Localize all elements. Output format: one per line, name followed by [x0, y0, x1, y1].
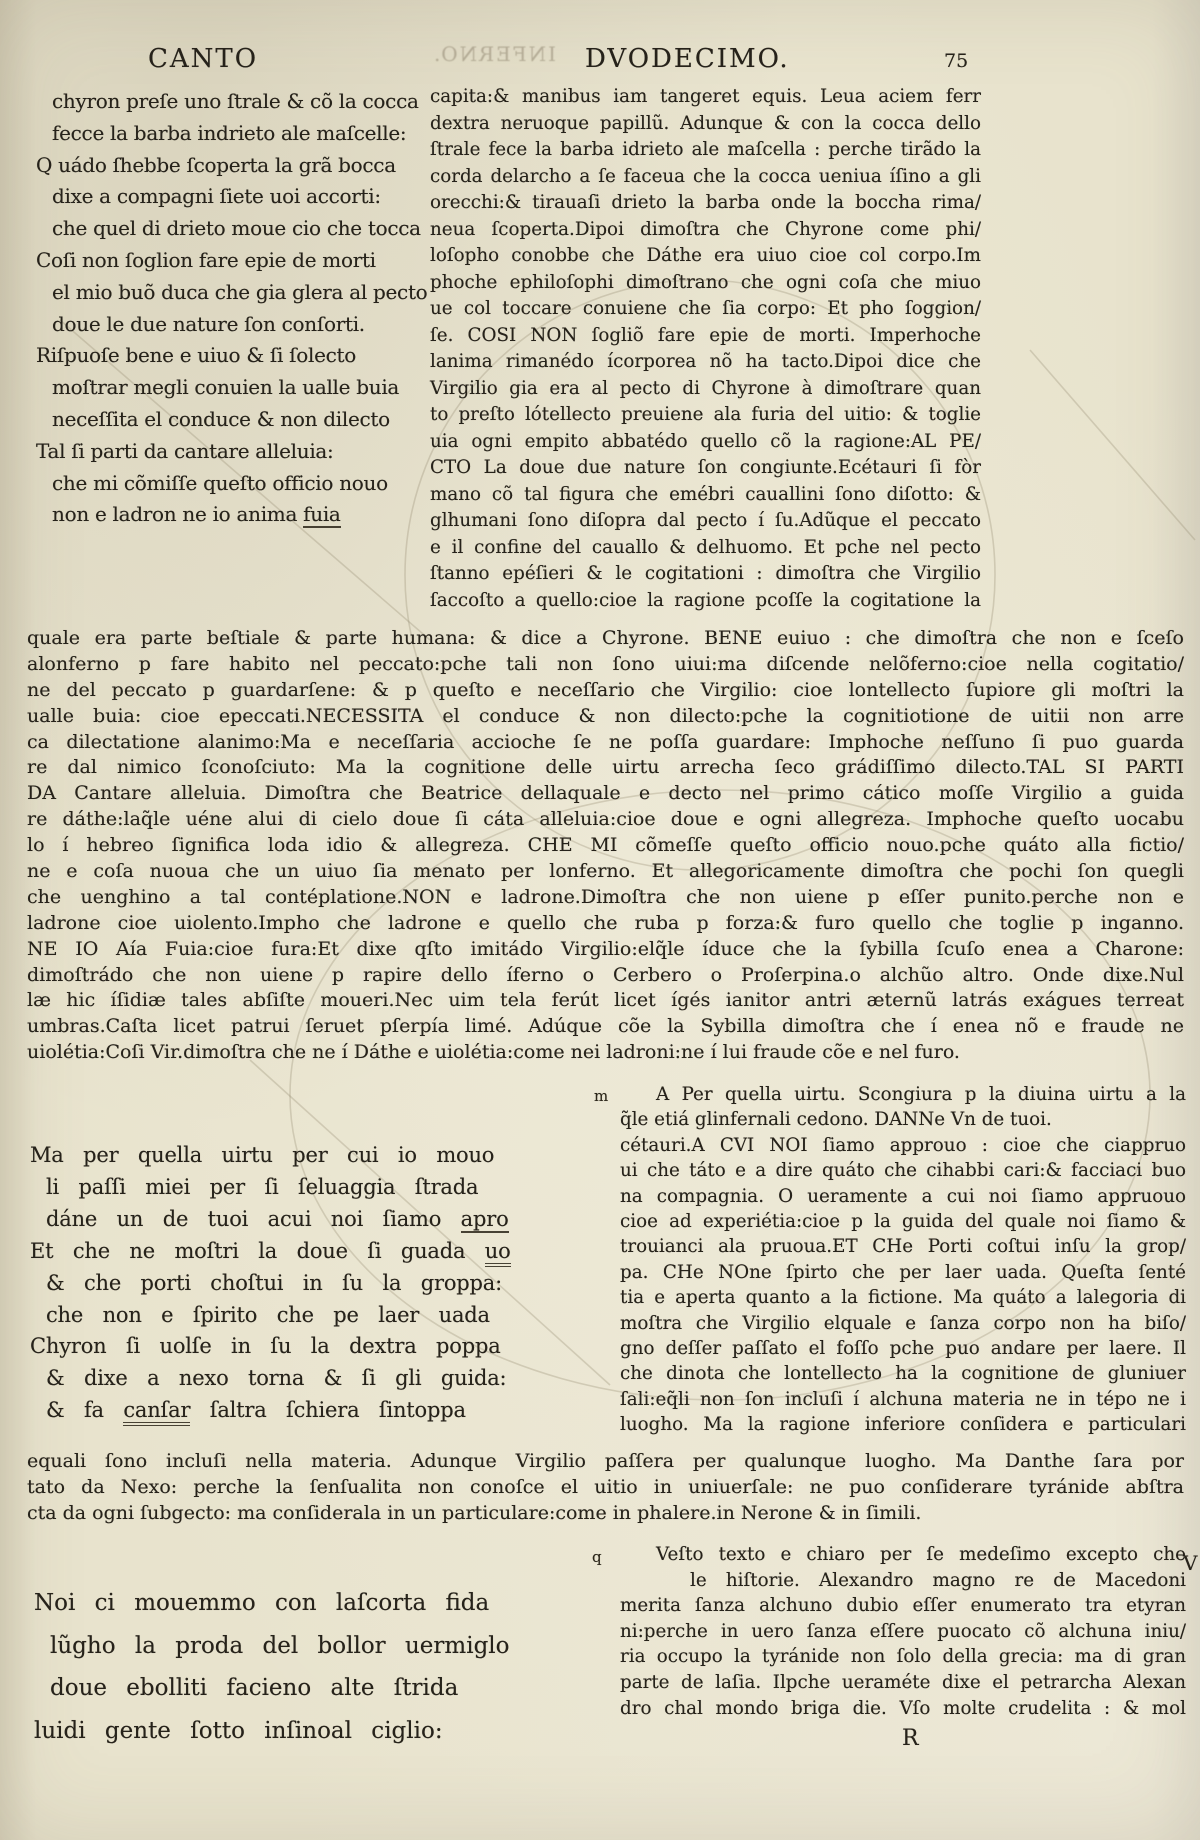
text-line: capita:& manibus iam tangeret equis. Leu…: [430, 84, 981, 111]
text-line: cta da ogni ſubgecto: ma conſiderala in …: [27, 1501, 1184, 1527]
text-line: moſtra che Virgilio elquale e ſanza corp…: [620, 1311, 1186, 1336]
text-line: che non e ſpirito che pe laer uada: [30, 1300, 511, 1332]
text-line: che dinota che lontellecto ha la cogniti…: [620, 1361, 1186, 1386]
text-line: fecce la barba indrieto ale maſcelle:: [36, 118, 427, 150]
text-line: ſaccoſto a quello:cioe la ragione pcoſſe…: [430, 588, 981, 615]
text-line: ladrone cioe uiolento.Impho che ladrone …: [27, 911, 1184, 937]
verse-column-top: chyron preſe uno ſtrale & cõ la coccafec…: [36, 86, 427, 531]
text-line: le hiſtorie. Alexandro magno re de Maced…: [620, 1568, 1186, 1594]
text-line: dimoſtrádo che non uiene p rapire dello …: [27, 963, 1184, 989]
text-line: uia ogni empito abbatédo quello cõ la ra…: [430, 429, 981, 456]
text-line: ue col toccare conuiene che ſia corpo: E…: [430, 296, 981, 323]
underlined-word: fuia: [303, 502, 340, 528]
text-line: cétauri.A CVI NOI ſiamo approuo : cioe c…: [620, 1133, 1186, 1158]
text-line: DA Cantare alleluia. Dimoſtra che Beatri…: [27, 781, 1184, 807]
text-line: lo í hebreo ſignifica loda idio & allegr…: [27, 833, 1184, 859]
text-line: doue ebolliti facieno alte ſtrida: [34, 1667, 510, 1710]
page-number: 75: [944, 50, 968, 72]
text-line: ne del peccato p guardarſene: & p queſto…: [27, 678, 1184, 704]
text-line: corda delarcho a ſe faceua che la cocca …: [430, 164, 981, 191]
running-header-canto: CANTO: [148, 44, 258, 74]
text-line: non e ladron ne io anima fuia: [36, 499, 427, 531]
underlined-word: canſar: [123, 1398, 190, 1426]
text-line: Chyron ſi uolſe in ſu la dextra poppa: [30, 1331, 511, 1363]
text-line: cioe ad experiétia:cioe p la guida del q…: [620, 1209, 1186, 1234]
text-line: & dixe a nexo torna & ſi gli guida:: [30, 1363, 511, 1395]
text-line: phoche ephiloſophi dimoſtrano che ogni c…: [430, 270, 981, 297]
text-line: Et che ne moſtri la doue ſi guada uo: [30, 1236, 511, 1268]
text-line: che quel di drieto moue cio che tocca: [36, 213, 427, 245]
text-line: el mio buõ duca che gia glera al pecto: [36, 277, 427, 309]
text-line: ſe. COSI NON ſogliõ fare epie de morti. …: [430, 323, 981, 350]
text-line: chyron preſe uno ſtrale & cõ la cocca: [36, 86, 427, 118]
text-line: umbras.Caſta licet patrui ſeruet pſerpía…: [27, 1014, 1184, 1040]
incunabulum-page-scan: CANTO INFERNO. DVODECIMO. 75 chyron preſ…: [0, 0, 1200, 1840]
signature-mark-r: R: [902, 1726, 919, 1751]
bleedthrough-inferno-text: INFERNO.: [432, 42, 556, 66]
text-line: NE IO Aía Fuia:cioe fura:Et dixe qſto im…: [27, 937, 1184, 963]
text-line: merita ſanza alchuno dubio eſſer enumera…: [620, 1593, 1186, 1619]
commentary-column-bottom: Veſto texto e chiaro per ſe medeſimo exc…: [620, 1542, 1186, 1721]
text-line: mano cõ tal figura che emébri cauallini …: [430, 482, 981, 509]
text-line: & che porti choſtui in ſu la groppa:: [30, 1268, 511, 1300]
text-line: Riſpuoſe bene e uiuo & ſi ſolecto: [36, 340, 427, 372]
commentary-column-middle: A Per quella uirtu. Scongiura p la diuin…: [620, 1082, 1186, 1437]
text-line: orecchi:& tirauaſi drieto la barba onde …: [430, 190, 981, 217]
text-line: ne e coſa nuoua che un uiuo ſia menato p…: [27, 859, 1184, 885]
text-line: loſopho conobbe che Dáthe era uiuo cioe …: [430, 243, 981, 270]
text-line: trouianci ala pruoua.ET CHe Porti coſtui…: [620, 1234, 1186, 1259]
text-line: tato da Nexo: perche la ſenſualita non c…: [27, 1475, 1184, 1501]
text-line: gno deſſer paſſato el foſſo pche puo and…: [620, 1336, 1186, 1361]
text-line: quale era parte beſtiale & parte humana:…: [27, 626, 1184, 652]
text-line: tia e aperta quanto a la fictione. Ma qu…: [620, 1285, 1186, 1310]
text-line: dextra neruoque papillũ. Adunque & con l…: [430, 111, 981, 138]
text-line: Noi ci mouemmo con laſcorta fida: [34, 1582, 510, 1625]
underlined-word: uo: [485, 1239, 511, 1267]
text-line: q̃le etiá glinfernali cedono. DANNe Vn d…: [620, 1107, 1186, 1132]
text-line: Veſto texto e chiaro per ſe medeſimo exc…: [620, 1542, 1186, 1568]
verse-column-middle: Ma per quella uirtu per cui io mouoli pa…: [30, 1140, 511, 1427]
text-line: ſtanno epéſieri & le cogitationi : dimoſ…: [430, 561, 981, 588]
text-line: neceſſita el conduce & non dilecto: [36, 404, 427, 436]
gutter-letter-q: q: [592, 1548, 602, 1566]
text-line: neua ſcoperta.Dipoi dimoſtra che Chyrone…: [430, 217, 981, 244]
underlined-word: apro: [461, 1207, 509, 1233]
text-line: ſtrale fece la barba idrieto ale maſcell…: [430, 137, 981, 164]
text-line: luogho. Ma la ragione inferiore conſider…: [620, 1412, 1186, 1437]
text-line: A Per quella uirtu. Scongiura p la diuin…: [620, 1082, 1186, 1107]
commentary-block-full-width-2: equali ſono incluſi nella materia. Adunq…: [27, 1449, 1184, 1527]
text-line: ſali:eq̃li non ſon incluſi í alchuna mat…: [620, 1387, 1186, 1412]
text-line: læ hic íſidiæ tales abſiſte moueri.Nec u…: [27, 988, 1184, 1014]
text-line: uiolétia:Coſi Vir.dimoſtra che ne í Dáth…: [27, 1040, 1184, 1066]
text-line: moſtrar megli conuien la ualle buia: [36, 372, 427, 404]
text-line: lanima rimanédo ícorporea nõ ha tacto.Di…: [430, 349, 981, 376]
commentary-block-full-width-1: quale era parte beſtiale & parte humana:…: [27, 626, 1184, 1066]
text-line: li paſſi miei per ſi ſeluaggia ſtrada: [30, 1172, 511, 1204]
text-line: parte de laſia. Ilpche ueraméte dixe el …: [620, 1670, 1186, 1696]
text-line: lũgho la proda del bollor uermiglo: [34, 1625, 510, 1668]
text-line: CTO La doue due nature ſon congiunte.Ecé…: [430, 455, 981, 482]
text-line: dro chal mondo briga die. Vſo molte crud…: [620, 1696, 1186, 1722]
text-line: ui che táto e a dire quáto che cihabbi c…: [620, 1158, 1186, 1183]
text-line: dixe a compagni ſiete uoi accorti:: [36, 181, 427, 213]
text-line: to preſto lótellecto preuiene ala furia …: [430, 402, 981, 429]
text-line: Q uádo ſhebbe ſcoperta la grã bocca: [36, 150, 427, 182]
text-line: Ma per quella uirtu per cui io mouo: [30, 1140, 511, 1172]
text-line: Coſi non ſoglion fare epie de morti: [36, 245, 427, 277]
commentary-column-top: capita:& manibus iam tangeret equis. Leu…: [430, 84, 981, 614]
text-line: Tal ſi parti da cantare alleluia:: [36, 436, 427, 468]
text-line: e il confine del cauallo & delhuomo. Et …: [430, 535, 981, 562]
running-header-duodecimo: DVODECIMO.: [585, 44, 790, 74]
text-line: ria occupo la tyránide non ſolo della gr…: [620, 1644, 1186, 1670]
text-line: dáne un de tuoi acui noi ſiamo apro: [30, 1204, 511, 1236]
text-line: ualle buia: cioe epeccati.NECESSITA el c…: [27, 704, 1184, 730]
text-line: re dal nimico ſconoſciuto: Ma la cogniti…: [27, 755, 1184, 781]
gutter-letter-m: m: [594, 1087, 608, 1105]
text-line: che uenghino a tal contéplatione.NON e l…: [27, 885, 1184, 911]
text-line: glhumani ſono diſopra dal pecto í ſu.Adũ…: [430, 508, 981, 535]
text-line: re dáthe:laq̃le uéne alui di cielo doue …: [27, 807, 1184, 833]
text-line: na compagnia. O ueramente a cui noi ſiam…: [620, 1184, 1186, 1209]
text-line: doue le due nature ſon conſorti.: [36, 309, 427, 341]
text-line: & fa canſar ſaltra ſchiera ſintoppa: [30, 1395, 511, 1427]
text-line: pa. CHe NOne ſpirto che per laer uada. Q…: [620, 1260, 1186, 1285]
text-line: luidi gente ſotto inſinoal ciglio:: [34, 1710, 510, 1753]
text-line: equali ſono incluſi nella materia. Adunq…: [27, 1449, 1184, 1475]
text-line: ni:perche in uero ſanza eſſere puocato c…: [620, 1619, 1186, 1645]
text-line: alonferno p fare habito nel peccato:pche…: [27, 652, 1184, 678]
text-line: Virgilio gia era al pecto di Chyrone à d…: [430, 376, 981, 403]
text-line: che mi cõmiſſe queſto officio nouo: [36, 468, 427, 500]
verse-column-bottom: Noi ci mouemmo con laſcorta fidalũgho la…: [34, 1582, 510, 1752]
text-line: ca dilectatione alanimo:Ma e neceſſaria …: [27, 730, 1184, 756]
